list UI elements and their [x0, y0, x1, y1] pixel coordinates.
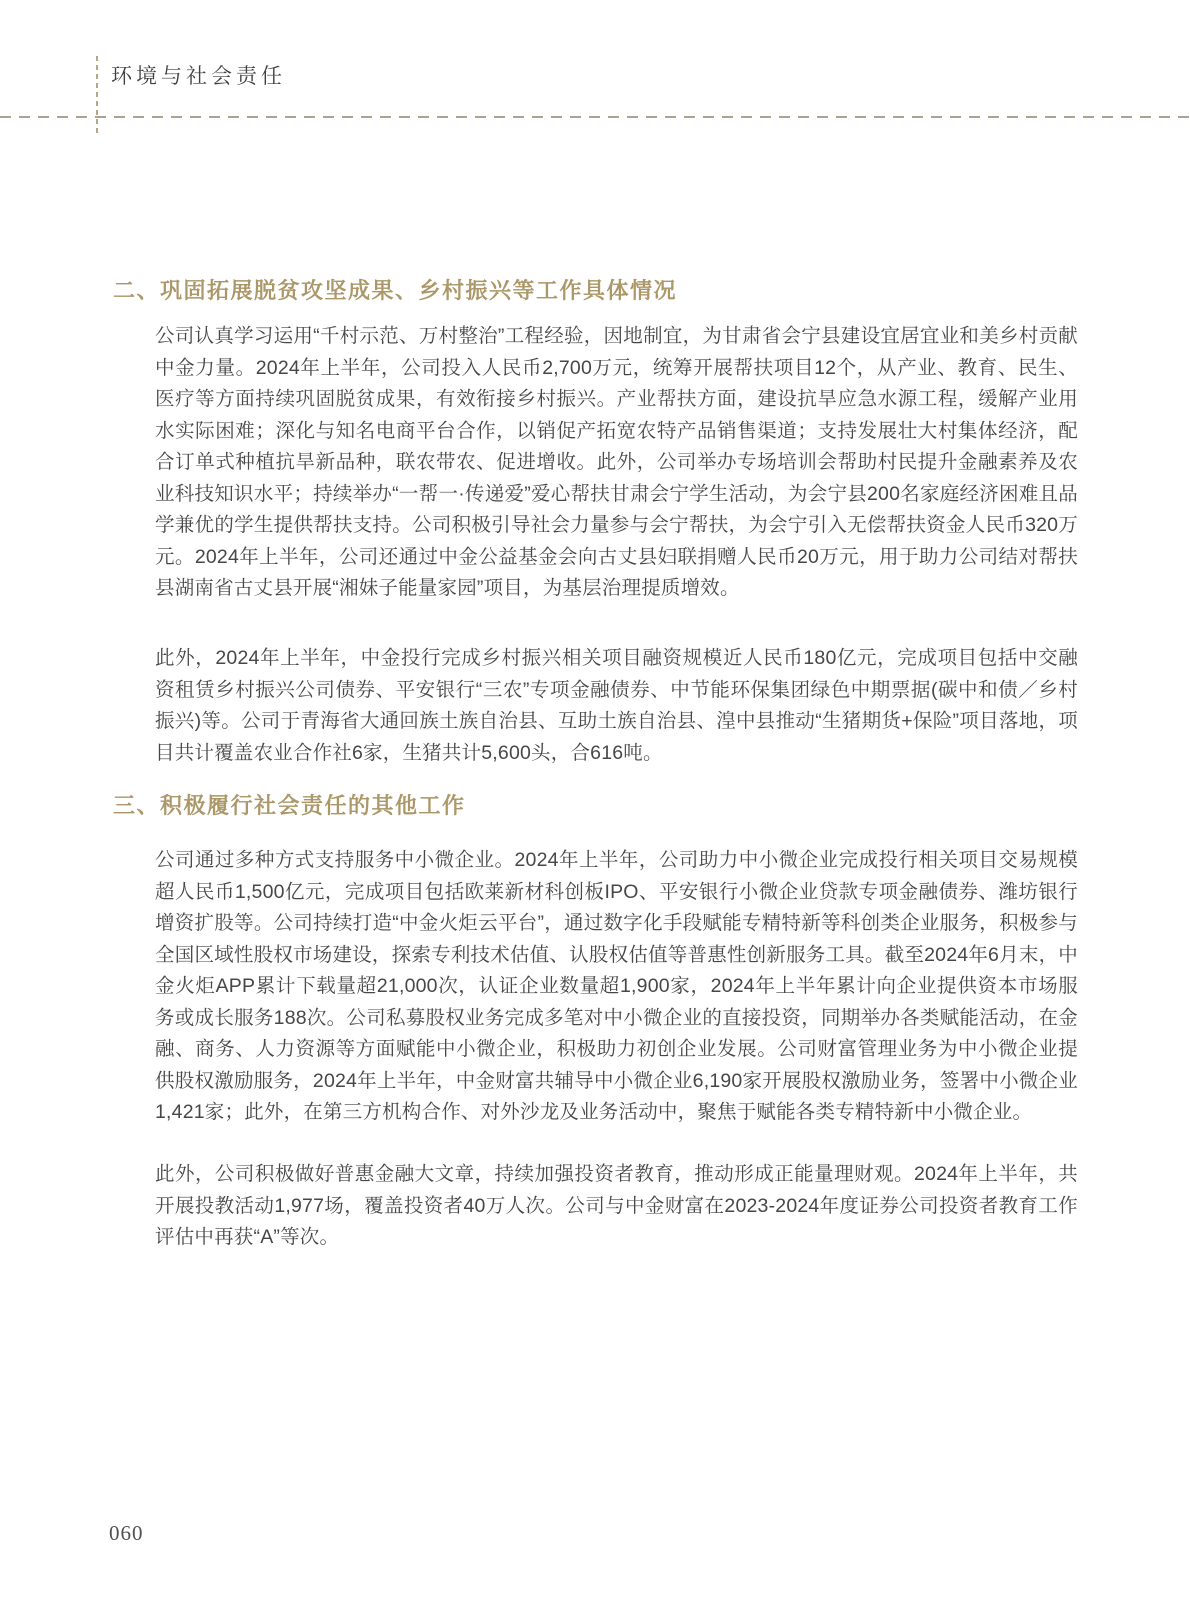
section-heading-other-social-responsibility: 三、积极履行社会责任的其他工作: [113, 792, 466, 820]
paragraph-rural-revitalization-financing: 此外，2024年上半年，中金投行完成乡村振兴相关项目融资规模近人民币180亿元，…: [155, 643, 1078, 769]
paragraph-sme-support: 公司通过多种方式支持服务中小微企业。2024年上半年，公司助力中小微企业完成投行…: [155, 845, 1078, 1129]
chapter-title: 环境与社会责任: [111, 60, 286, 90]
header-horizontal-dashed-rule: [0, 116, 1190, 118]
report-page: 环境与社会责任 二、巩固拓展脱贫攻坚成果、乡村振兴等工作具体情况 公司认真学习运…: [0, 0, 1190, 1615]
paragraph-poverty-alleviation-huining: 公司认真学习运用“千村示范、万村整治”工程经验，因地制宜，为甘肃省会宁县建设宜居…: [155, 321, 1078, 605]
section-heading-rural-revitalization: 二、巩固拓展脱贫攻坚成果、乡村振兴等工作具体情况: [113, 277, 677, 305]
page-number: 060: [109, 1521, 144, 1546]
paragraph-investor-education: 此外，公司积极做好普惠金融大文章，持续加强投资者教育，推动形成正能量理财观。20…: [155, 1159, 1078, 1254]
header-vertical-dashed-rule: [96, 56, 98, 134]
